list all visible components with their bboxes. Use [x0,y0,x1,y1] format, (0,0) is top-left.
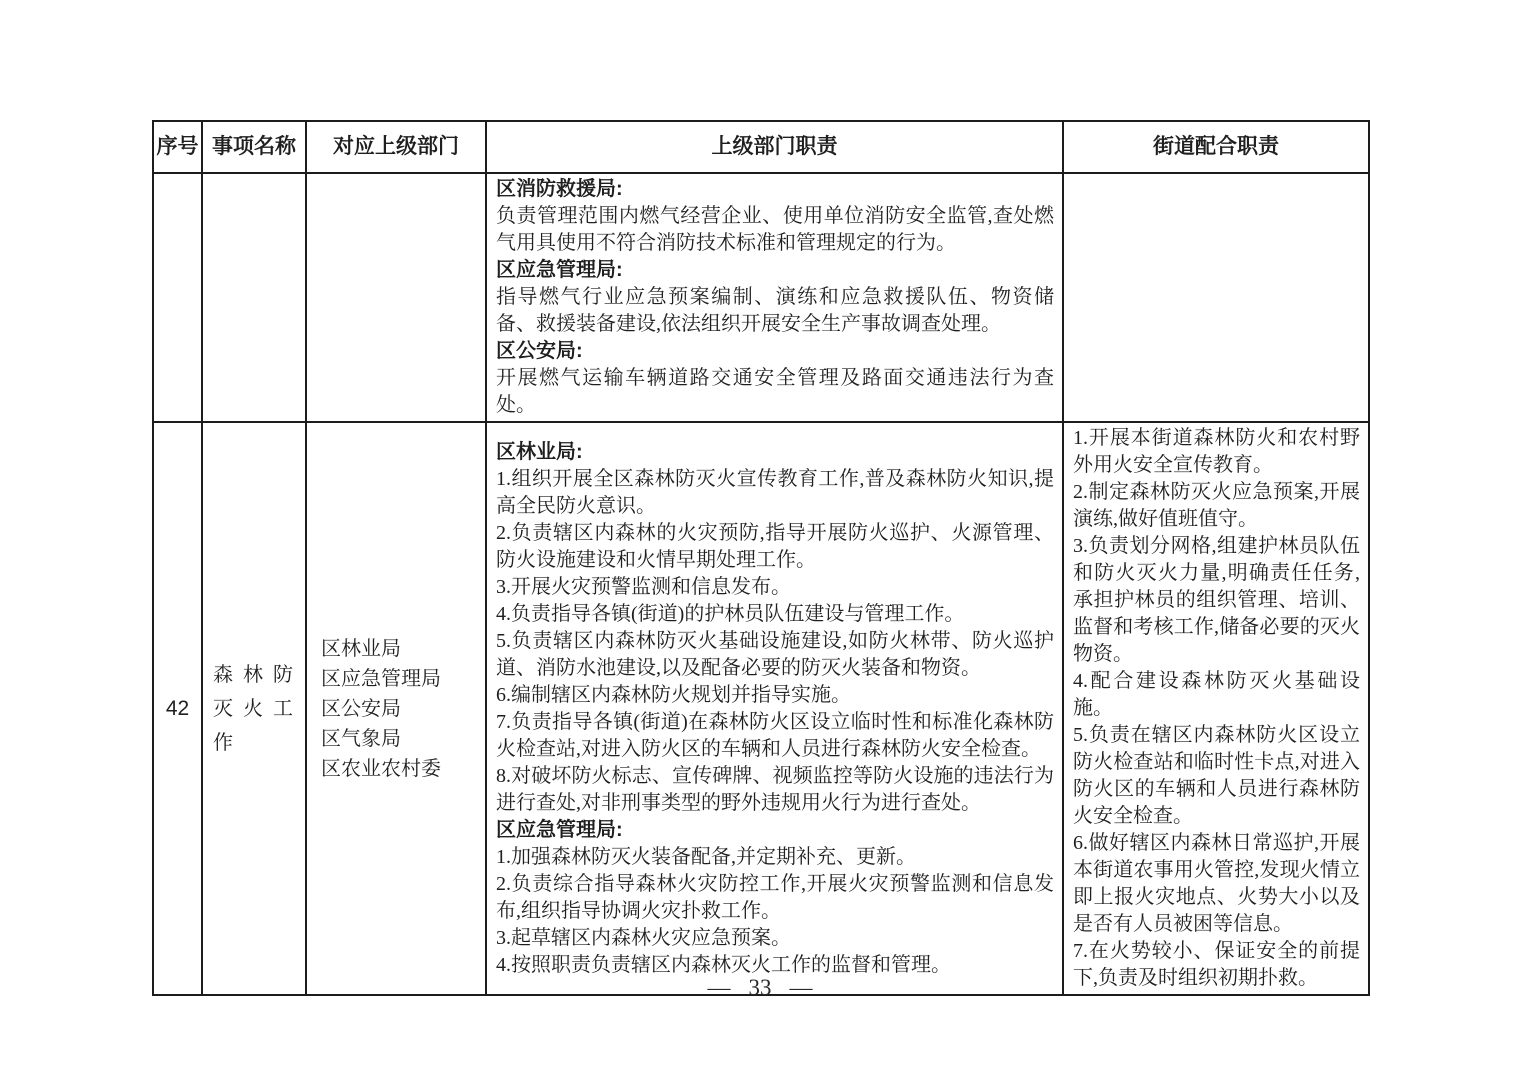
department-heading: 区应急管理局: [496,257,1054,284]
page-number-value: 33 [749,975,772,1001]
header-superior-duty: 上级部门职责 [486,121,1063,173]
duty-paragraph: 4.负责指导各镇(街道)的护林员队伍建设与管理工作。 [496,601,1054,628]
street-duties-cell [1063,173,1369,422]
department-heading: 区林业局: [496,439,1054,466]
table-row-continuation: 区消防救援局:负责管理范围内燃气经营企业、使用单位消防安全监管,查处燃气用具使用… [153,173,1369,422]
duty-paragraph: 6.做好辖区内森林日常巡护,开展本街道农事用火管控,发现火情立即上报火灾地点、火… [1073,830,1360,938]
duty-paragraph: 开展燃气运输车辆道路交通安全管理及路面交通违法行为查处。 [496,365,1054,419]
responsibility-table: 序号 事项名称 对应上级部门 上级部门职责 街道配合职责 区消防救援局:负责管理… [152,120,1370,996]
item-name-cell [202,173,306,422]
duty-paragraph: 5.负责在辖区内森林防火区设立防火检查站和临时性卡点,对进入防火区的车辆和人员进… [1073,722,1360,830]
duty-paragraph: 3.开展火灾预警监测和信息发布。 [496,574,1054,601]
item-name-cell: 森林防灭火工作 [202,422,306,995]
header-seq: 序号 [153,121,202,173]
duty-paragraph: 2.负责辖区内森林的火灾预防,指导开展防火巡护、火源管理、防火设施建设和火情早期… [496,520,1054,574]
duty-paragraph: 1.加强森林防灭火装备配备,并定期补充、更新。 [496,844,1054,871]
duty-paragraph: 4.配合建设森林防灭火基础设施。 [1073,668,1360,722]
duty-paragraph: 8.对破坏防火标志、宣传碑牌、视频监控等防火设施的违法行为进行查处,对非刑事类型… [496,763,1054,817]
duty-paragraph: 指导燃气行业应急预案编制、演练和应急救援队伍、物资储备、救援装备建设,依法组织开… [496,284,1054,338]
duty-paragraph: 3.负责划分网格,组建护林员队伍和防火灭火力量,明确责任任务,承担护林员的组织管… [1073,533,1360,668]
duty-paragraph: 5.负责辖区内森林防灭火基础设施建设,如防火林带、防火巡护道、消防水池建设,以及… [496,628,1054,682]
duty-paragraph: 6.编制辖区内森林防火规划并指导实施。 [496,682,1054,709]
department-line: 区林业局 [321,634,481,664]
department-heading: 区公安局: [496,338,1054,365]
header-row: 序号 事项名称 对应上级部门 上级部门职责 街道配合职责 [153,121,1369,173]
document-page: 序号 事项名称 对应上级部门 上级部门职责 街道配合职责 区消防救援局:负责管理… [0,0,1520,1074]
page-number-dash-right: — [790,975,813,1001]
seq-cell: 42 [153,422,202,995]
duty-paragraph: 7.负责指导各镇(街道)在森林防火区设立临时性和标准化森林防火检查站,对进入防火… [496,709,1054,763]
duty-paragraph: 2.负责综合指导森林火灾防控工作,开展火灾预警监测和信息发布,组织指导协调火灾扑… [496,871,1054,925]
superior-duties-cell: 区消防救援局:负责管理范围内燃气经营企业、使用单位消防安全监管,查处燃气用具使用… [486,173,1063,422]
departments-cell [306,173,486,422]
departments-cell: 区林业局区应急管理局区公安局区气象局区农业农村委 [306,422,486,995]
superior-duties-cell: 区林业局:1.组织开展全区森林防灭火宣传教育工作,普及森林防火知识,提高全民防火… [486,422,1063,995]
page-number-dash-left: — [708,975,731,1001]
duty-paragraph: 1.开展本街道森林防火和农村野外用火安全宣传教育。 [1073,425,1360,479]
page-number: —33— [0,975,1520,1001]
duty-paragraph: 1.组织开展全区森林防灭火宣传教育工作,普及森林防火知识,提高全民防火意识。 [496,466,1054,520]
duty-paragraph: 2.制定森林防灭火应急预案,开展演练,做好值班值守。 [1073,479,1360,533]
department-line: 区公安局 [321,694,481,724]
department-heading: 区应急管理局: [496,817,1054,844]
department-heading: 区消防救援局: [496,176,1054,203]
seq-cell [153,173,202,422]
street-duties-cell: 1.开展本街道森林防火和农村野外用火安全宣传教育。2.制定森林防灭火应急预案,开… [1063,422,1369,995]
header-street-duty: 街道配合职责 [1063,121,1369,173]
header-item-name: 事项名称 [202,121,306,173]
duty-paragraph: 3.起草辖区内森林火灾应急预案。 [496,925,1054,952]
table-row-42: 42 森林防灭火工作 区林业局区应急管理局区公安局区气象局区农业农村委 区林业局… [153,422,1369,995]
duty-paragraph: 负责管理范围内燃气经营企业、使用单位消防安全监管,查处燃气用具使用不符合消防技术… [496,203,1054,257]
department-line: 区应急管理局 [321,664,481,694]
header-superior-dept: 对应上级部门 [306,121,486,173]
department-line: 区气象局 [321,724,481,754]
department-line: 区农业农村委 [321,754,481,784]
